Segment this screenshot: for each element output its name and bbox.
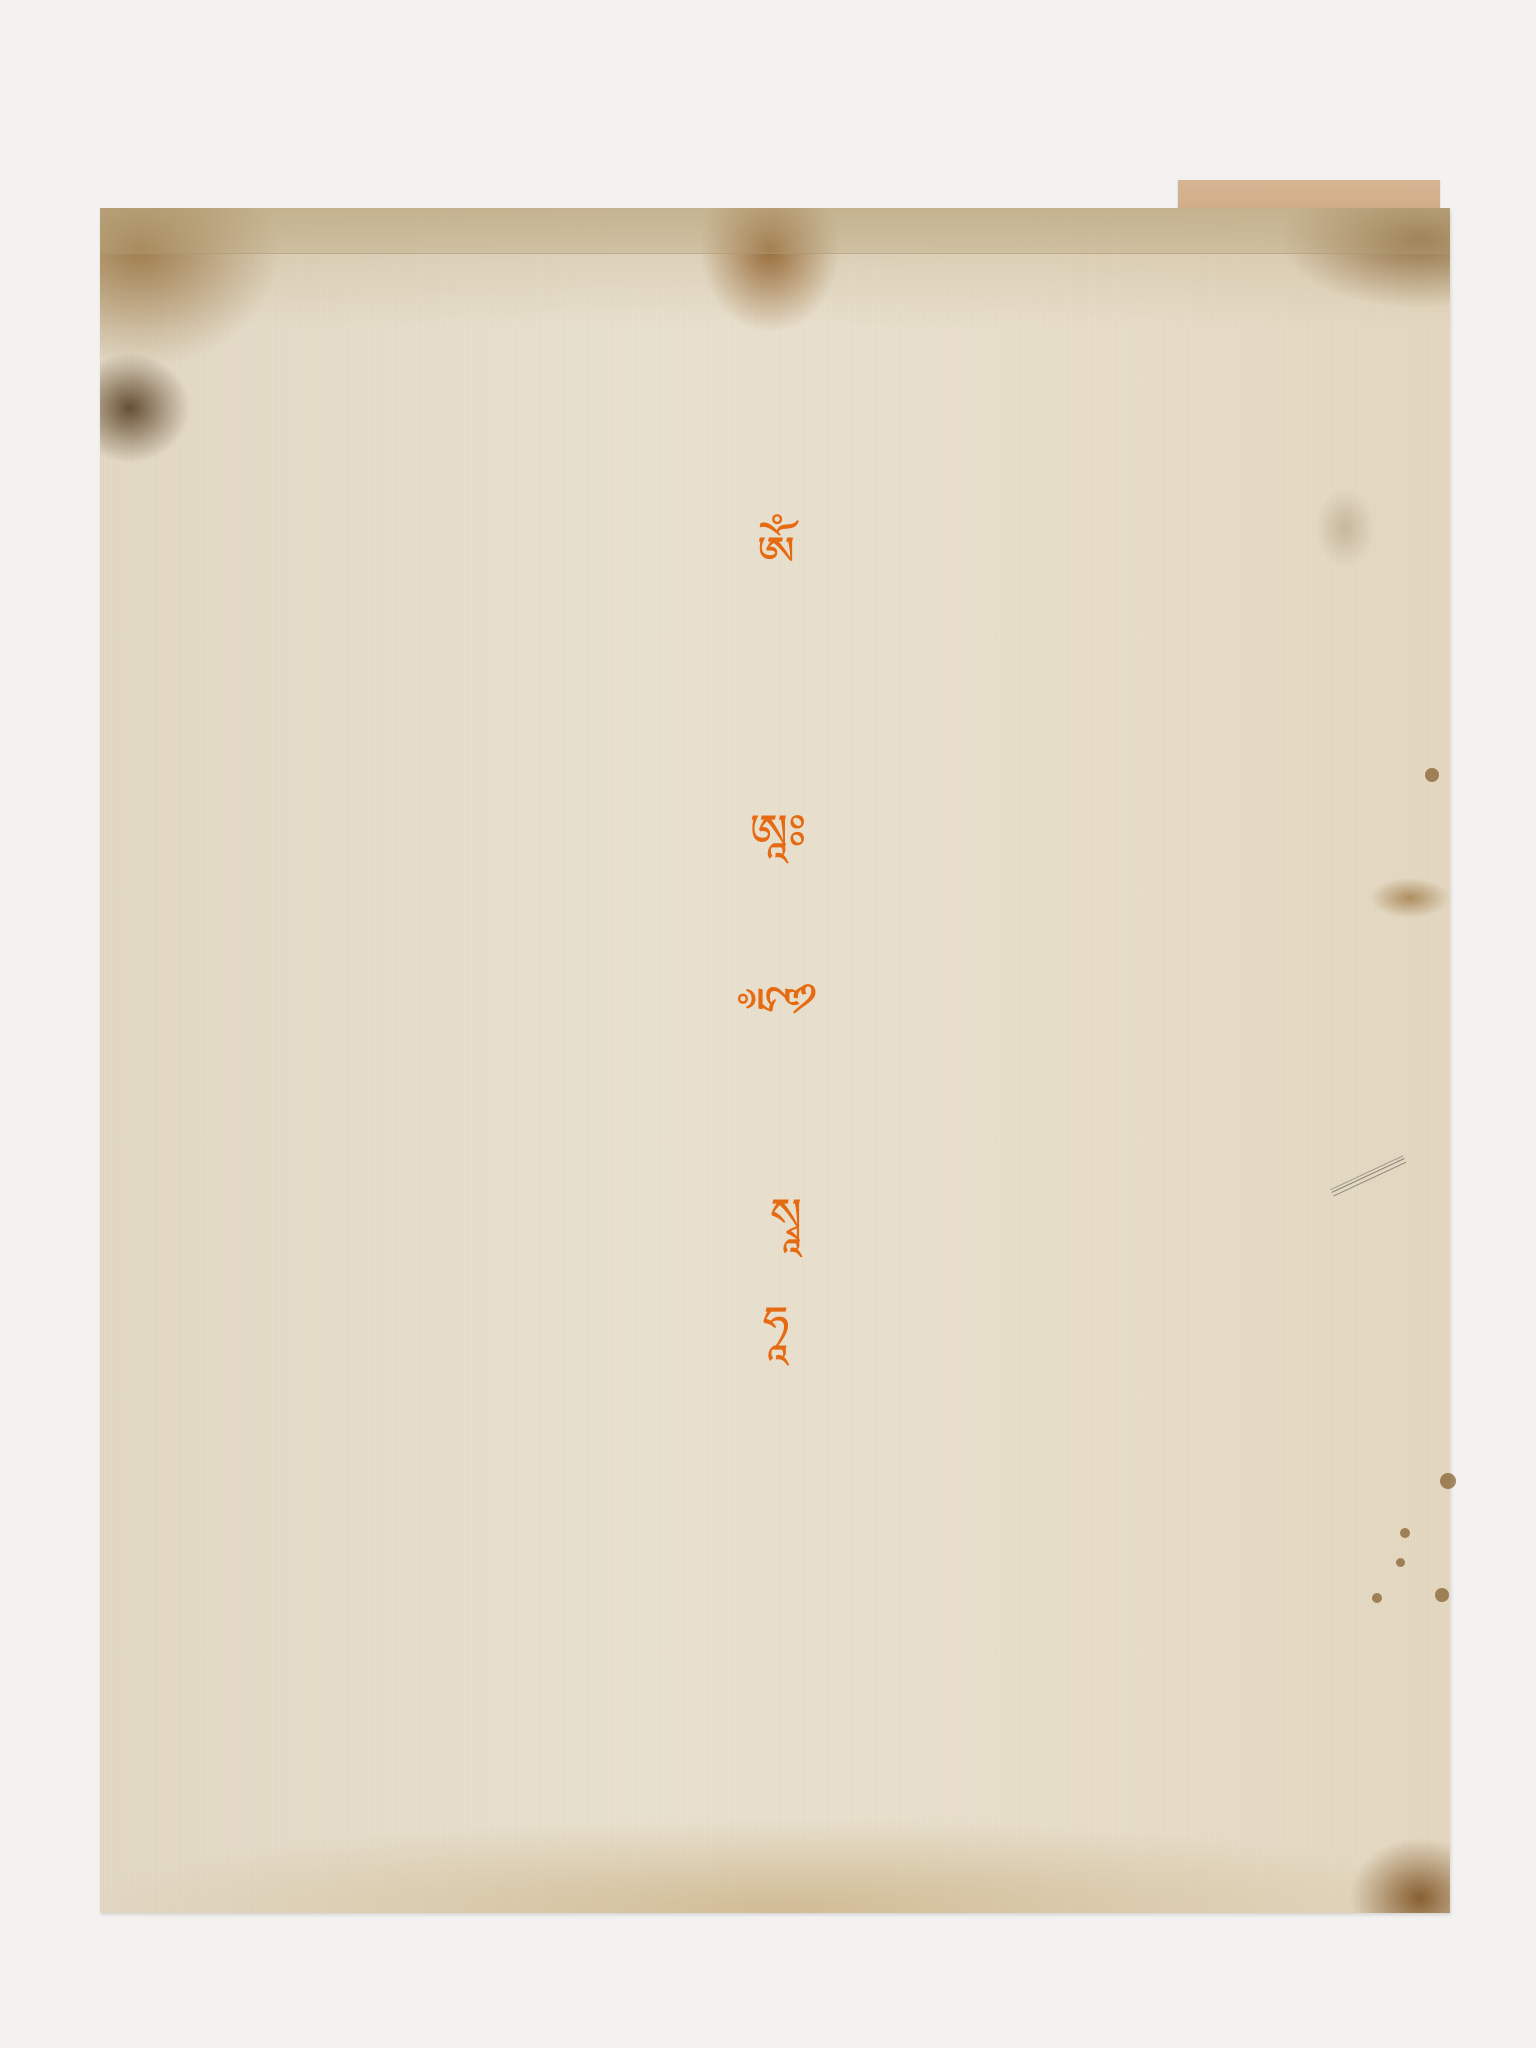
top-hem-band (100, 208, 1450, 254)
stain-spot (1435, 1588, 1449, 1602)
stain-spot (1400, 1528, 1410, 1538)
syllable-om: ཨོཾ (736, 530, 816, 578)
syllable-sva: སྭཱ (746, 1192, 826, 1240)
stain-spot (1425, 768, 1439, 782)
stain-spot (1372, 1593, 1382, 1603)
syllable-ha: ཧཱ (736, 1300, 816, 1348)
thangka-back-cloth (100, 208, 1450, 1913)
syllable-ah: ཨཱཿ (738, 808, 818, 856)
syllable-hum: ཧཱུྃ (751, 959, 799, 1039)
stain-spot (1440, 1473, 1456, 1489)
stain-spot (1396, 1558, 1405, 1567)
